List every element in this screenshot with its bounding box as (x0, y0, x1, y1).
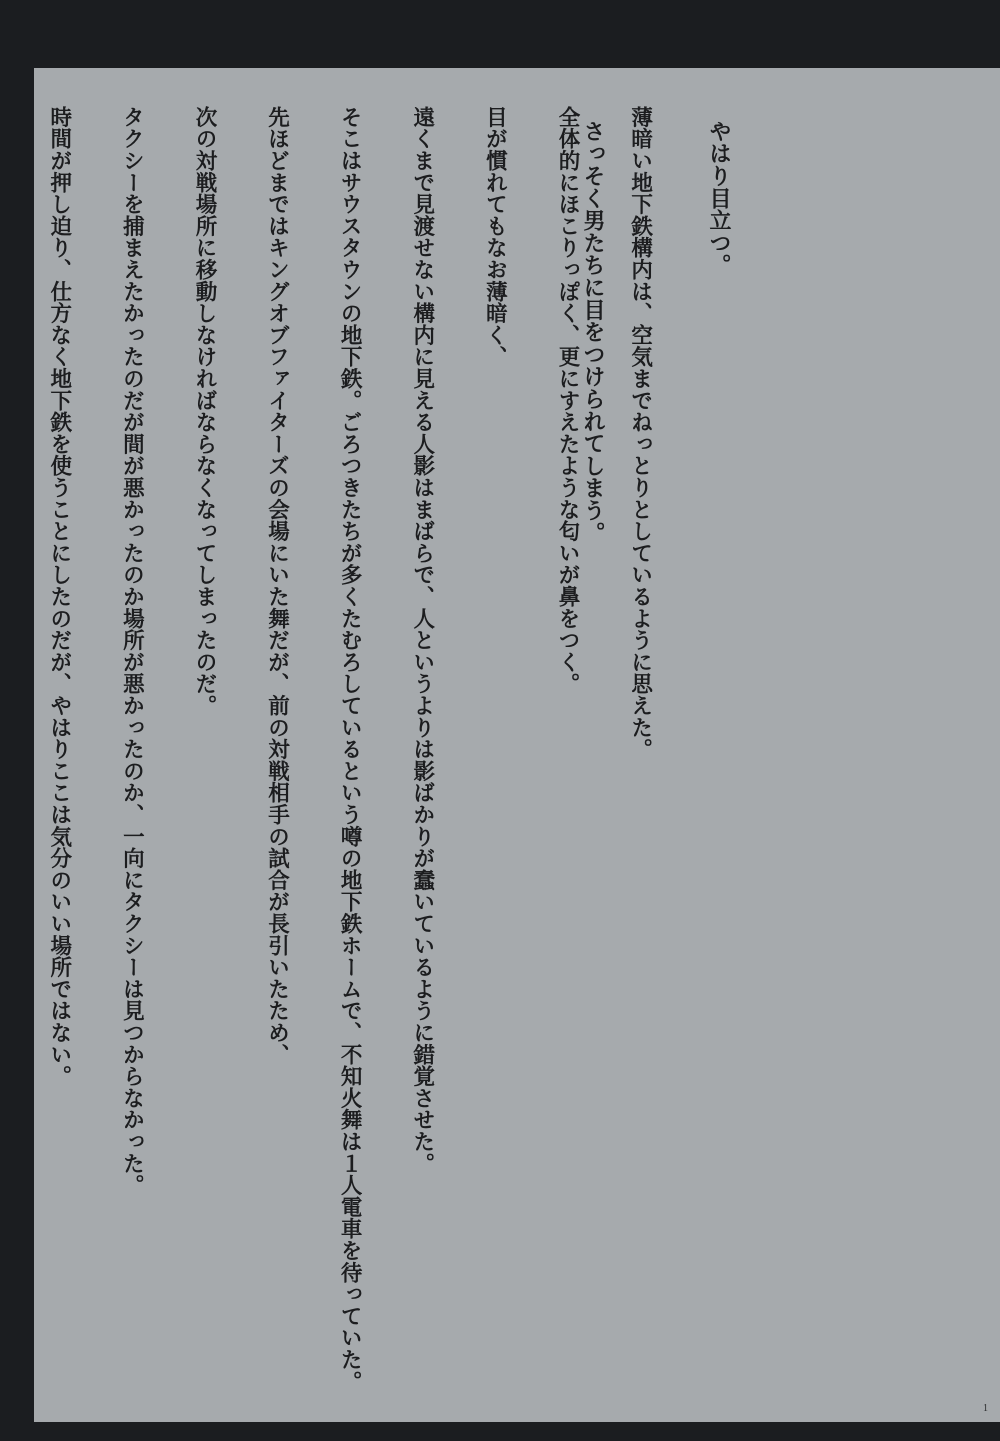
body-line: 薄暗い地下鉄構内は、空気までねっとりとしているように思えた。 (627, 106, 651, 1406)
body-line: 先ほどまではキングオブファイターズの会場にいた舞だが、前の対戦相手の試合が長引い… (264, 106, 288, 1406)
body-line: 時間が押し迫り、仕方なく地下鉄を使うことにしたのだが、やはりここは気分のいい場所… (47, 106, 71, 1406)
heading-line: やはり目立つ。 (698, 120, 740, 1420)
scanned-page: やはり目立つ。 さっそく男たちに目をつけられてしまう。 薄暗い地下鉄構内は、空気… (0, 0, 1000, 1441)
body-line: 全体的にほこりっぽく、更にすえたような匂いが鼻をつく。 (555, 106, 579, 1406)
body-text-block: 薄暗い地下鉄構内は、空気までねっとりとしているように思えた。 全体的にほこりっぽ… (0, 106, 700, 1406)
body-line: そこはサウスタウンの地下鉄。ごろつきたちが多くたむろしているという噂の地下鉄ホー… (337, 106, 361, 1406)
body-line: 次の対戦場所に移動しなければならなくなってしまったのだ。 (192, 106, 216, 1406)
body-line: タクシーを捕まえたかったのだが間が悪かったのか場所が悪かったのか、一向にタクシー… (119, 106, 143, 1406)
body-line: 目が慣れてもなお薄暗く、 (482, 106, 506, 1406)
page-number: 1 (983, 1403, 988, 1414)
body-line: 遠くまで見渡せない構内に見える人影はまばらで、人というよりは影ばかりが蠢いている… (410, 106, 434, 1406)
